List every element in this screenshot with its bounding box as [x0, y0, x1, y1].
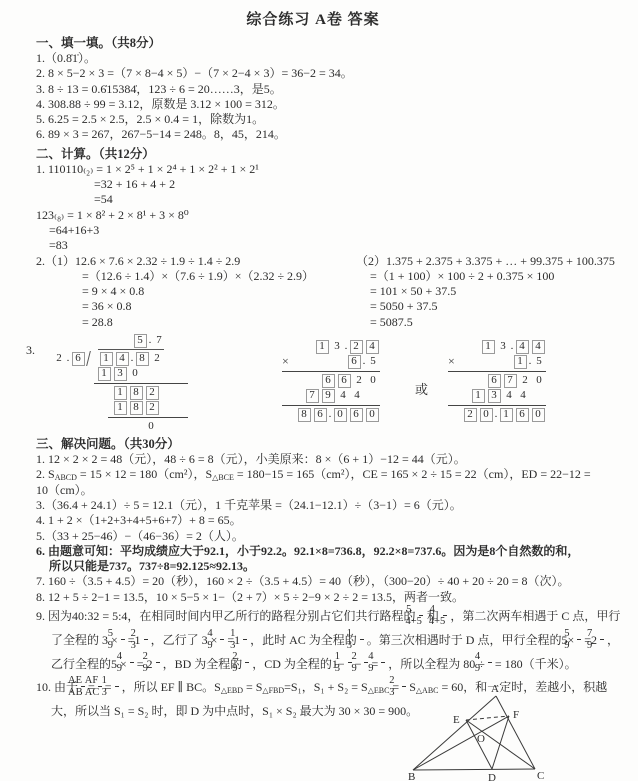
digit: 3 [497, 340, 509, 354]
answer-line-1-6: 6. 89 × 3 = 267，267−5−14 = 248。8，45，214。 [36, 127, 630, 142]
boxed-digit: 1 [114, 401, 127, 415]
fraction: 49 [381, 651, 385, 674]
mult2-row2: ×1.5 [448, 354, 546, 369]
digit: 2 [353, 374, 365, 388]
boxed-digit: 6 [338, 374, 351, 388]
answer-line-1-1: 1.（0.8̇1̇）。 [36, 51, 630, 66]
point-label-O: O [477, 733, 485, 745]
division-divisor: 2.6 [52, 351, 86, 366]
decimal-point: . [148, 333, 152, 348]
worked-arithmetic-area: 3. 5.7 2.6 14.82 130 182 182 0 13.24 ×6.… [36, 333, 630, 433]
digit: 4 [337, 389, 349, 403]
calc2-1-line5: = 28.8 [82, 315, 356, 330]
boxed-digit: 4 [116, 352, 129, 366]
boxed-digit: 8 [298, 408, 311, 422]
fraction: 54+5 [418, 604, 423, 627]
answer-line-1-2: 2. 8 × 5−2 × 3 =（7 × 8−4 × 5）−（7 × 2−4 ×… [36, 66, 630, 81]
answer-line-3-6b: 所以只能是737。737÷8=92.125≈92.13。 [49, 559, 630, 574]
digit: 5 [367, 355, 379, 369]
fraction: 44+5 [442, 604, 447, 627]
segment-AC [496, 696, 535, 769]
subscript: △EBC [368, 686, 390, 695]
boxed-digit: 1 [482, 340, 495, 354]
section3-header: 三、解决问题。（共30分） [36, 436, 630, 452]
digit: 4 [351, 389, 363, 403]
subscript: △BCE [212, 473, 234, 482]
boxed-digit: 8 [130, 386, 143, 400]
boxed-digit: 4 [532, 340, 545, 354]
mult1-row3: 6620 [282, 373, 380, 388]
calc-column-left: 2.（1）12.6 × 7.6 × 2.32 ÷ 1.9 ÷ 1.4 ÷ 2.9… [36, 254, 356, 330]
boxed-digit: 1 [100, 352, 113, 366]
boxed-digit: 1 [98, 367, 111, 381]
answer-line-3-2: 2. SABCD = 15 × 12 = 180（cm²），S△BCE = 18… [36, 467, 630, 482]
or-label: 或 [415, 379, 428, 398]
fraction: 13 [115, 675, 119, 698]
boxed-digit: 5 [134, 334, 147, 348]
multiply-sign: × [282, 354, 289, 369]
vertex-label-D: D [488, 772, 496, 781]
segment-BC [413, 769, 535, 770]
mult-rule [448, 371, 546, 372]
vertex-label-C: C [537, 770, 544, 781]
answer-line-3-4: 4. 1 + 2 ×（1+2+3+4+5+6+7）+ 8 = 65。 [36, 513, 630, 528]
digit: 0 [129, 367, 141, 381]
boxed-digit: 2 [350, 340, 363, 354]
fraction: 23 [402, 675, 406, 698]
digit: 0 [367, 374, 379, 388]
decimal-point: . [362, 354, 366, 369]
calc2-1-line1: 2.（1）12.6 × 7.6 × 2.32 ÷ 1.9 ÷ 1.4 ÷ 2.9 [36, 254, 356, 269]
digit: 7 [153, 334, 165, 348]
answer-line-1-5: 5. 6.25 = 2.5 × 2.5，2.5 × 0.4 = 1，除数为1。 [36, 112, 630, 127]
boxed-digit: 0 [532, 408, 545, 422]
division-quotient-row: 5.7 [132, 333, 188, 348]
calc2-1-line3: = 9 × 4 × 0.8 [82, 284, 356, 299]
digit: 4 [517, 389, 529, 403]
boxed-digit: 8 [130, 401, 143, 415]
answer-line-3-9: 9. 因为40:32 = 5:4，在相同时间内甲乙所行的路程分别占它们共行路程的… [36, 605, 630, 676]
calc-octal-line3: =83 [49, 238, 630, 253]
mult2-row3: 6720 [448, 373, 546, 388]
digit: 2 [53, 352, 65, 366]
calc2-2-line2: =（1 + 100）× 100 ÷ 2 + 0.375 × 100 [370, 269, 630, 284]
calc-binary-line1: 1. 110110₍₂₎ = 1 × 2⁵ + 1 × 2⁴ + 1 × 2² … [36, 162, 630, 177]
calc-octal-line1: 123₍₈₎ = 1 × 8² + 2 × 8¹ + 3 × 8⁰ [36, 208, 630, 223]
fraction: 79 [600, 628, 604, 651]
division-remainder-row: 0 [144, 419, 188, 434]
section1-header: 一、填一填。（共8分） [36, 35, 630, 51]
division-main-row: 2.6 14.82 [52, 348, 188, 366]
boxed-digit: 7 [306, 389, 319, 403]
boxed-digit: 8 [136, 352, 149, 366]
digit: 5 [533, 355, 545, 369]
mult2-row4: 1344 [448, 388, 546, 403]
digit: 2 [519, 374, 531, 388]
decimal-point: . [494, 407, 498, 422]
vertex-label-F: F [513, 709, 519, 721]
mult2-row5: 20.160 [448, 407, 546, 422]
calc2-2-line4: = 5050 + 37.5 [370, 299, 630, 314]
mult-rule [448, 405, 546, 406]
answer-line-1-4: 4. 308.88 ÷ 99 = 3.12，原数是 3.12 × 100 = 3… [36, 97, 630, 112]
calc2-2-line1: （2）1.375 + 2.375 + 3.375 + … + 99.375 + … [356, 254, 630, 269]
mult-rule [282, 371, 380, 372]
multiply-sign: × [448, 354, 455, 369]
boxed-digit: 6 [322, 374, 335, 388]
mult-rule [282, 405, 380, 406]
answer-sheet-page: 综合练习 A卷 答案 一、填一填。（共8分） 1.（0.8̇1̇）。 2. 8 … [0, 0, 638, 781]
division-rule [108, 417, 188, 418]
boxed-digit: 9 [322, 389, 335, 403]
boxed-digit: 6 [350, 408, 363, 422]
fraction: 49 [220, 628, 224, 651]
boxed-digit: 0 [366, 408, 379, 422]
subscript: △EBD [221, 686, 243, 695]
fraction: 23 [144, 628, 148, 651]
boxed-digit: 1 [316, 340, 329, 354]
answer-line-3-5: 5.（33 + 25−46）−（46−36）= 2（人）。 [36, 529, 630, 544]
boxed-digit: 6 [72, 352, 85, 366]
decimal-point: . [66, 351, 70, 366]
boxed-digit: 0 [480, 408, 493, 422]
boxed-digit: 6 [348, 355, 361, 369]
mult1-row5: 86.060 [282, 407, 380, 422]
boxed-digit: 6 [516, 408, 529, 422]
boxed-digit: 4 [366, 340, 379, 354]
answer-line-3-8: 8. 12 + 5 ÷ 2−1 = 13.5，10 × 5−5 × 1−（2 +… [36, 590, 630, 605]
boxed-digit: 6 [314, 408, 327, 422]
decimal-point: . [130, 351, 134, 366]
answer-line-3-1: 1. 12 × 2 × 2 = 48（元），48 ÷ 6 = 8（元），小美原来… [36, 452, 630, 467]
boxed-digit: 0 [334, 408, 347, 422]
digit: 2 [151, 352, 163, 366]
fraction: 59 [577, 628, 581, 651]
triangle-figure: A B C D E F O [408, 682, 548, 781]
fraction: 49 [488, 651, 492, 674]
mult1-row1: 13.24 [282, 339, 380, 354]
long-division: 5.7 2.6 14.82 130 182 182 0 [52, 333, 188, 434]
decimal-point: . [328, 407, 332, 422]
mult2-row1: 13.44 [448, 339, 546, 354]
boxed-digit: 6 [488, 374, 501, 388]
multiplication-work-2: 13.44 ×1.5 6720 1344 20.160 [448, 339, 546, 422]
vertex-label-E: E [453, 714, 460, 726]
mult1-row2: ×6.5 [282, 354, 380, 369]
answer-line-1-3: 3. 8 ÷ 13 = 0.6̇15384̇，123 ÷ 6 = 20……3，是… [36, 82, 630, 97]
answer-line-3-3: 3.（36.4 + 24.1）÷ 5 = 12.1（元），1 千克苹果 =（24… [36, 498, 630, 513]
boxed-digit: 3 [488, 389, 501, 403]
mult1-row4: 7944 [282, 388, 380, 403]
item3-label: 3. [26, 343, 35, 358]
boxed-digit: 3 [114, 367, 127, 381]
division-step-row: 182 [112, 385, 188, 400]
boxed-digit: 1 [114, 386, 127, 400]
division-dividend: 14.82 [98, 349, 164, 366]
subscript: △FBD [262, 686, 284, 695]
calc2-2-line3: = 101 × 50 + 37.5 [370, 284, 630, 299]
fraction: 13 [243, 628, 247, 651]
calc2-1-line4: = 36 × 0.8 [82, 299, 356, 314]
division-step-row: 182 [112, 400, 188, 415]
digit: 4 [503, 389, 515, 403]
calc-two-columns: 2.（1）12.6 × 7.6 × 2.32 ÷ 1.9 ÷ 1.4 ÷ 2.9… [36, 254, 630, 330]
calc-binary-line3: =54 [94, 192, 630, 207]
vertex-label-B: B [408, 771, 415, 781]
answer-line-3-7: 7. 160 ÷（3.5 + 4.5）= 20（秒），160 × 2 ÷（3.5… [36, 574, 630, 589]
fraction: 29 [245, 651, 249, 674]
boxed-digit: 4 [516, 340, 529, 354]
vertex-label-A: A [491, 683, 499, 695]
boxed-digit: 1 [472, 389, 485, 403]
calc-octal-line2: =64+16+3 [49, 223, 630, 238]
boxed-digit: 1 [500, 408, 513, 422]
fraction: 59 [121, 628, 125, 651]
fraction: 49 [130, 651, 134, 674]
calc2-2-line5: = 5087.5 [370, 315, 630, 330]
boxed-digit: 7 [504, 374, 517, 388]
division-rule [94, 383, 188, 384]
boxed-digit: 2 [146, 386, 159, 400]
digit: 3 [331, 340, 343, 354]
decimal-point: . [528, 354, 532, 369]
answer-line-3-2b: 10（cm）。 [36, 483, 630, 498]
calc2-1-line2: =（12.6 ÷ 1.4）×（7.6 ÷ 1.9）×（2.32 ÷ 2.9） [82, 269, 356, 284]
division-step-row: 130 [96, 366, 188, 381]
boxed-digit: 2 [464, 408, 477, 422]
digit: 0 [145, 420, 157, 434]
page-title: 综合练习 A卷 答案 [36, 8, 590, 29]
fraction: 13 [360, 628, 364, 651]
boxed-digit: 1 [514, 355, 527, 369]
fraction: 29 [156, 651, 160, 674]
answer-line-3-6: 6. 由题意可知：平均成绩应大于92.1，小于92.2。92.1×8=736.8… [36, 544, 630, 559]
digit: 0 [533, 374, 545, 388]
subscript: ABCD [55, 473, 77, 482]
section2-header: 二、计算。（共12分） [36, 146, 630, 162]
calc-binary-line2: =32 + 16 + 4 + 2 [94, 177, 630, 192]
boxed-digit: 2 [146, 401, 159, 415]
decimal-point: . [344, 339, 348, 354]
multiplication-work-1: 13.24 ×6.5 6620 7944 86.060 [282, 339, 380, 422]
decimal-point: . [510, 339, 514, 354]
calc-column-right: （2）1.375 + 2.375 + 3.375 + … + 99.375 + … [356, 254, 630, 330]
